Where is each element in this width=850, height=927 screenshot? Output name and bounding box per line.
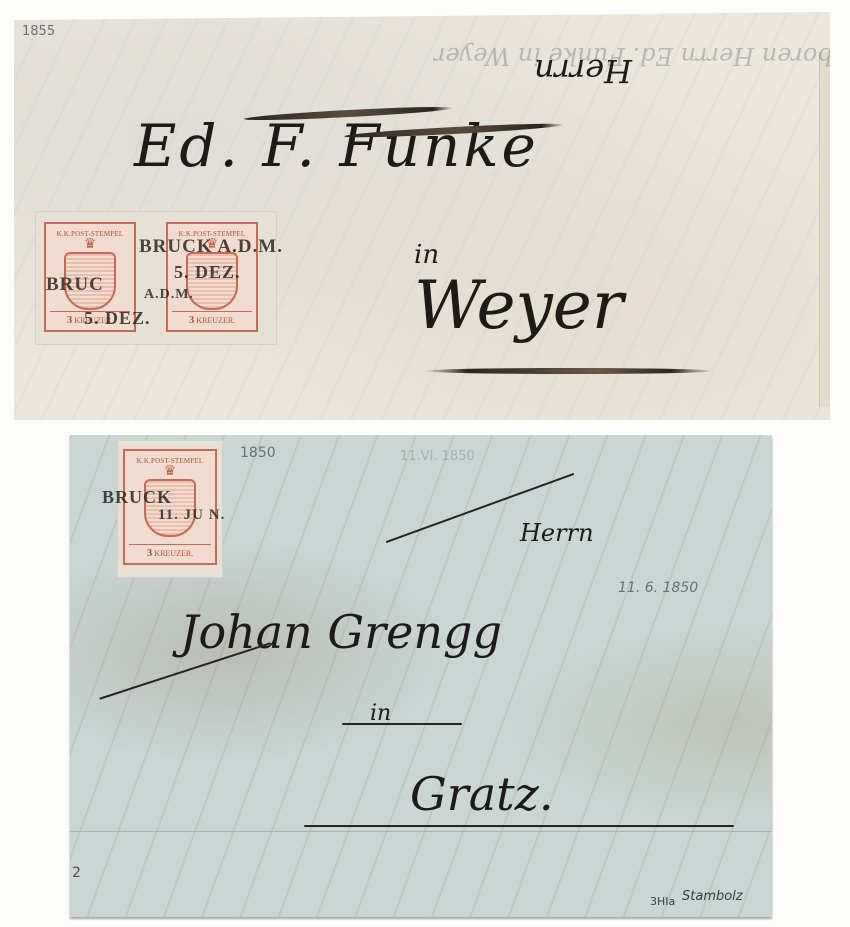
underline-stroke — [304, 825, 734, 827]
stamp-value: 3 KREUZER. — [172, 311, 252, 326]
postmark-date: 5. DEZ. — [174, 262, 241, 283]
faint-pencil-date: 11.VI. 1850 — [400, 449, 475, 464]
crown-icon: ♛ — [84, 236, 97, 252]
pencil-date-note: 11. 6. 1850 — [618, 580, 698, 596]
catalog-note: 3HIa — [650, 895, 675, 908]
postmark-partial-date: 5. DEZ. — [84, 308, 151, 329]
destination-town: Weyer — [414, 267, 623, 344]
postmark-date: 11. JU N. — [158, 507, 225, 524]
underline-stroke — [424, 368, 714, 374]
corner-mark: 2 — [72, 865, 81, 881]
fold-line — [70, 831, 772, 832]
salutation: Herrn — [520, 519, 594, 547]
cover-letter-weyer: 1855 Wohlgeboren Herrn Ed. Funke in Weye… — [14, 12, 830, 420]
pencil-year-note: 1855 — [22, 24, 55, 39]
postmark-partial-suffix: A.D.M. — [144, 287, 194, 303]
addressee-name: Johan Grengg — [180, 605, 502, 659]
crown-icon: ♛ — [164, 463, 177, 479]
reverse-salutation: Herrn — [534, 52, 632, 90]
address-prefix: in — [414, 240, 439, 270]
folded-flap-edge — [819, 52, 834, 407]
cover-letter-gratz: K.K.POST-STEMPEL ♛ 3 KREUZER. BRUCK 11. … — [70, 435, 772, 917]
underline-stroke — [342, 723, 462, 725]
expert-signature: Stambolz — [682, 889, 743, 904]
addressee-name: Ed. F. Funke — [134, 112, 539, 180]
stamp-value: 3 KREUZER. — [129, 544, 211, 559]
destination-town: Gratz. — [410, 767, 554, 821]
bleed-through-text: Wohlgeboren Herrn Ed. Funke in Weyer — [434, 42, 850, 70]
postmark-partial-town: BRUC — [46, 274, 104, 296]
postmark-town: BRUCK A.D.M. — [139, 236, 283, 258]
postmark-town: BRUCK — [102, 487, 172, 508]
pencil-year-note: 1850 — [240, 445, 276, 461]
